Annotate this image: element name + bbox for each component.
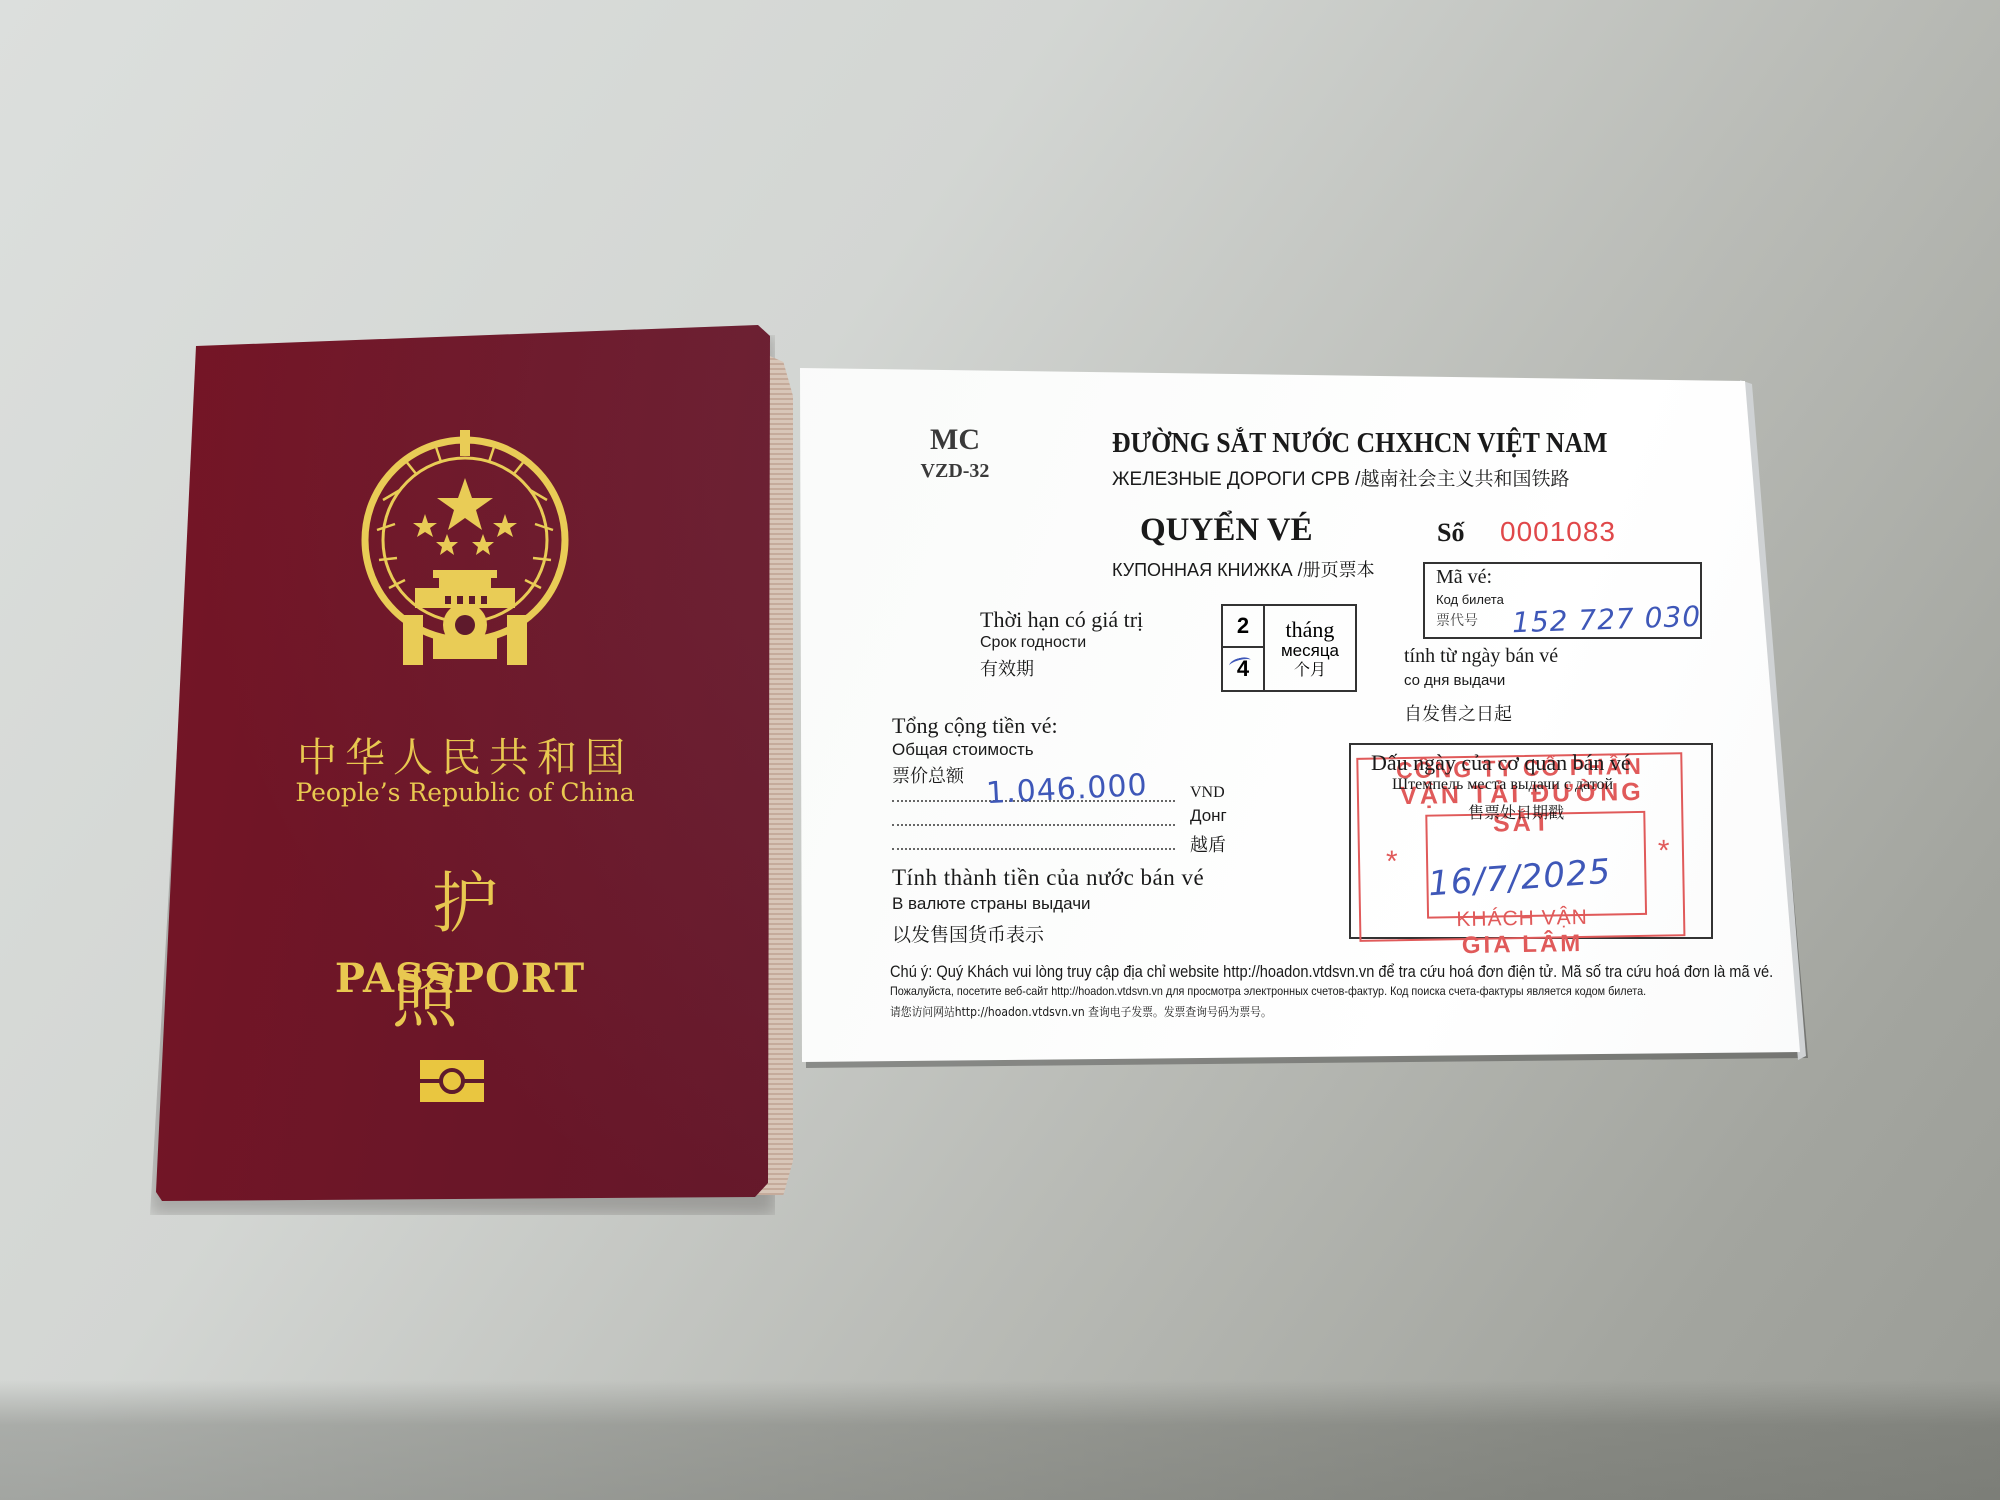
stamp-star-icon: * xyxy=(1386,845,1398,879)
notice-ru: Пожалуйста, посетите веб-сайт http://hoa… xyxy=(890,984,1646,998)
validity-unit-ru: месяца xyxy=(1281,642,1339,661)
currency-zh: 越盾 xyxy=(1190,831,1226,857)
ticket-code-value: 152 727 030 xyxy=(1511,600,1701,640)
passport-country-english: People’s Republic of China xyxy=(285,778,645,807)
currency-ru: Донг xyxy=(1190,806,1227,826)
validity-from-vi: tính từ ngày bán vé xyxy=(1404,645,1558,668)
total-value-handwritten: 1.046.000 xyxy=(985,768,1148,811)
passport-title-english: PASSPORT xyxy=(300,955,620,1002)
validity-unit-vi: tháng xyxy=(1286,618,1335,642)
validity-option-4-crossed: 4 xyxy=(1223,648,1265,690)
validity-option-2: 2 xyxy=(1223,606,1265,648)
biometric-chip-icon xyxy=(420,1060,484,1102)
form-subcode: VZD-32 xyxy=(900,460,1010,483)
validity-box: 2 4 tháng месяца 个月 xyxy=(1221,604,1357,692)
national-emblem-icon xyxy=(345,420,585,670)
currency-note-ru: В валюте страны выдачи xyxy=(892,894,1091,914)
validity-unit: tháng месяца 个月 xyxy=(1265,606,1355,690)
currency-note-zh: 以发售国货币表示 xyxy=(892,920,1044,947)
ticket-code-label-vi: Mã vé: xyxy=(1436,566,1492,589)
ticket-code-label-zh: 票代号 xyxy=(1436,610,1478,630)
notice-zh: 请您访问网站http://hoadon.vtdsvn.vn 查询电子发票。发票查… xyxy=(890,1003,1272,1020)
validity-from-ru: со дня выдачи xyxy=(1404,672,1505,689)
passport-title-chinese: 护照 xyxy=(320,850,610,1040)
serial-number-label: Số xyxy=(1437,518,1464,548)
booklet-subtitle: КУПОННАЯ КНИЖКА /册页票本 xyxy=(1112,556,1375,582)
serial-number-value: 0001083 xyxy=(1500,516,1616,548)
total-line-2 xyxy=(892,824,1175,826)
stamp-office-line2: GIA LÂM xyxy=(1387,929,1657,962)
stamp-label-ru: Штемпель места выдачи с датой xyxy=(1392,776,1613,794)
stamp-label-zh: 售票处日期戳 xyxy=(1468,800,1564,823)
form-code: MC xyxy=(910,423,1000,457)
ticket-code-label-ru: Код билета xyxy=(1436,592,1504,607)
booklet-title: QUYỂN VÉ xyxy=(1140,512,1313,549)
total-label-ru: Общая стоимость xyxy=(892,740,1034,760)
currency-note-vi: Tính thành tiền của nước bán vé xyxy=(892,865,1204,891)
stamp-star-icon: * xyxy=(1658,834,1670,868)
validity-label-vi: Thời hạn có giá trị xyxy=(980,607,1143,633)
railway-name-vietnamese: ĐƯỜNG SẮT NƯỚC CHXHCN VIỆT NAM xyxy=(1112,428,1607,460)
notice-vi: Chú ý: Quý Khách vui lòng truy cập địa c… xyxy=(890,962,1773,982)
passport-country-chinese: 中华人民共和国 xyxy=(285,726,645,783)
validity-unit-zh: 个月 xyxy=(1294,661,1326,679)
total-label-vi: Tổng cộng tiền vé: xyxy=(892,713,1058,739)
total-label-zh: 票价总额 xyxy=(892,762,964,788)
currency-vi: VND xyxy=(1190,784,1225,802)
total-line-3 xyxy=(892,848,1175,850)
validity-label-ru: Срок годности xyxy=(980,634,1086,652)
validity-from-zh: 自发售之日起 xyxy=(1404,700,1512,726)
railway-name-russian-chinese: ЖЕЛЕЗНЫЕ ДОРОГИ СРВ /越南社会主义共和国铁路 xyxy=(1112,464,1569,491)
validity-label-zh: 有效期 xyxy=(980,655,1034,681)
stamp-label-vi: Dấu ngày của cơ quan bán vé xyxy=(1371,750,1631,776)
